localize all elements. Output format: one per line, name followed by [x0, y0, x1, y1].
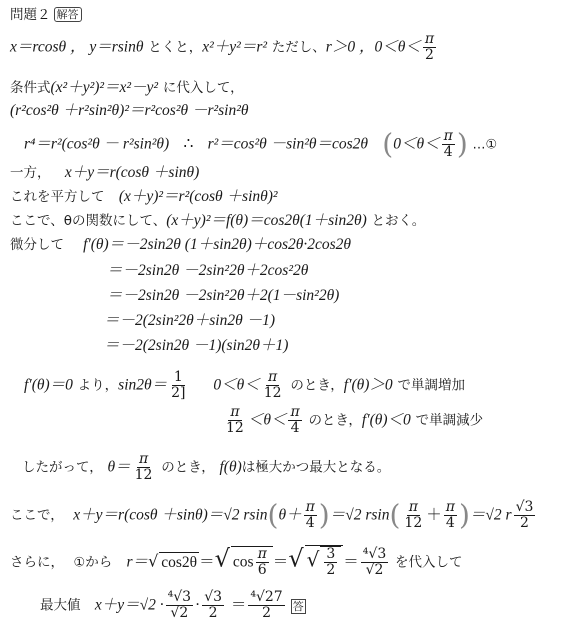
problem-header: 問題２解答 [10, 4, 82, 25]
operator: ＝ [273, 554, 289, 571]
text: ただし、 [272, 40, 326, 56]
operator: ＝ [199, 554, 215, 571]
fraction: π4 [304, 500, 317, 531]
equation: f(θ) [220, 459, 242, 476]
equation: r＝ [127, 554, 149, 571]
range: 0＜θ＜ [393, 136, 439, 153]
fraction: 12] [169, 370, 187, 401]
operator: ＝ [231, 597, 247, 614]
radicand: √32 [305, 545, 344, 578]
line-derivative: 微分して f′(θ)＝－2sin2θ (1＋sin2θ)＋cos2θ·2cos2… [10, 234, 351, 255]
line-condition: 条件式(x²＋y²)²＝x²－y² に代入して， [10, 77, 244, 98]
fraction: π12 [402, 500, 424, 531]
fraction: π4 [288, 405, 301, 436]
text: ここで、θの関数にして、 [10, 213, 166, 229]
answer-mark: 答 [291, 599, 306, 614]
line-derivative-step-3: ＝－2(2sin²2θ＋sin2θ －1) [104, 310, 275, 331]
condition-equation: (x²＋y²)²＝x²－y² [51, 79, 159, 96]
text: を代入して [395, 555, 463, 571]
text: とくと， [148, 40, 202, 56]
text: 条件式 [10, 80, 51, 96]
equation: (x＋y)²＝f(θ)＝cos2θ(1＋sin2θ) [166, 212, 367, 229]
fraction: ⁴√3√2 [361, 547, 388, 578]
equation: f′(θ)＝0 [24, 377, 73, 394]
equation: (x＋y)²＝r²(cosθ ＋sinθ)² [119, 188, 278, 205]
line-on-the-other-hand: 一方， x＋y＝r(cosθ ＋sinθ) [10, 162, 199, 183]
operator: ＝ [343, 554, 359, 571]
equation: x＋y＝r(cosθ ＋sinθ)＝√2 rsin [73, 507, 267, 524]
line-maximum-value: 最大値 x＋y＝√2 ·⁴√3√2·√32 ＝⁴√272答 [40, 590, 306, 619]
sqrt-icon: √ [215, 545, 230, 573]
equation: ＝√2 rsin [330, 507, 390, 524]
equation: θ＋ [278, 507, 301, 524]
problem-title: 問題２ [10, 7, 51, 23]
fraction: π4 [444, 500, 457, 531]
fraction: π12 [133, 452, 155, 483]
equation: θ＝ [108, 459, 131, 476]
equation: ＝－2sin2θ －2sin²2θ＋2(1－sin²2θ) [107, 287, 339, 304]
radicand: cosπ6 [231, 546, 273, 578]
equation: f′(θ)＜0 [362, 412, 411, 429]
text: で単調減少 [416, 413, 484, 429]
equation: sin2θ＝ [118, 377, 167, 394]
line-r-squared: r⁴＝r²(cos²θ － r²sin²θ) ∴ r²＝cos²θ －sin²θ… [24, 129, 497, 160]
fraction: π2 [423, 32, 436, 63]
text: のとき， [161, 460, 214, 476]
fraction: √32 [202, 590, 224, 619]
text: で単調増加 [397, 378, 465, 394]
fraction: π12 [262, 370, 284, 401]
text: より， [78, 378, 119, 394]
text: 微分して [10, 237, 64, 253]
equation: f′(θ)＝－2sin2θ (1＋sin2θ)＋cos2θ·2cos2θ [83, 236, 351, 253]
line-define-f: ここで、θの関数にして、(x＋y)²＝f(θ)＝cos2θ(1＋sin2θ) と… [10, 210, 425, 231]
line-x-plus-y: ここで， x＋y＝r(cosθ ＋sinθ)＝√2 rsin(θ＋π4)＝√2 … [10, 500, 537, 531]
sqrt-icon: √ [288, 545, 303, 573]
fraction: π4 [442, 129, 455, 160]
text: ここで， [10, 508, 64, 524]
equation: ＝√2 r [470, 507, 512, 524]
answer-badge: 解答 [54, 7, 82, 22]
line-critical-point: f′(θ)＝0 より，sin2θ＝12] 0＜θ＜π12 のとき，f′(θ)＞0… [24, 370, 465, 401]
fraction: ⁴√3√2 [166, 590, 193, 619]
text: から [85, 555, 112, 571]
text: 最大値 [40, 598, 81, 614]
equation: r²＝cos²θ －sin²θ＝cos2θ [208, 136, 368, 153]
line-derivative-step-2: ＝－2sin2θ －2sin²2θ＋2(1－sin²2θ) [107, 285, 339, 306]
equation: x＋y＝√2 · [95, 597, 164, 614]
line-r-value: さらに， ①から r＝√cos2θ＝√cosπ6＝√√32＝⁴√3√2 を代入し… [10, 545, 463, 578]
equation: f′(θ)＞0 [344, 377, 393, 394]
operator: · [195, 597, 200, 614]
line-derivative-step-4: ＝－2(2sin2θ －1)(sin2θ＋1) [104, 335, 288, 356]
operator: ＋ [426, 507, 442, 524]
line-conclusion: したがって， θ＝π12 のとき， f(θ)は極大かつ最大となる。 [22, 452, 390, 483]
domain-condition: r＞0 ，0＜θ＜ [326, 39, 421, 56]
text: したがって， [22, 460, 103, 476]
sqrt-icon: √ [148, 552, 158, 571]
text: は極大かつ最大となる。 [242, 460, 391, 476]
line-substitution: x＝rcosθ ， y＝rsinθ とくと，x²＋y²＝r² ただし、r＞0 ，… [10, 32, 438, 63]
text: これを平方して [10, 189, 105, 205]
text: のとき， [290, 378, 343, 394]
equation: ＜θ＜ [248, 412, 287, 429]
equation: ＝－2(2sin2θ －1)(sin2θ＋1) [104, 337, 288, 354]
radicand: cos2θ [159, 552, 199, 573]
polar-substitution: x＝rcosθ ， y＝rsinθ [10, 39, 143, 56]
line-decreasing: π12＜θ＜π4 のとき，f′(θ)＜0 で単調減少 [222, 405, 483, 436]
fraction: ⁴√272 [248, 590, 284, 619]
fraction: π12 [224, 405, 246, 436]
substituted-equation: (r²cos²θ ＋r²sin²θ)²＝r²cos²θ －r²sin²θ [10, 102, 248, 119]
line-squaring: これを平方して (x＋y)²＝r²(cosθ ＋sinθ)² [10, 186, 278, 207]
line-derivative-step-1: ＝－2sin2θ －2sin²2θ＋2cos²2θ [107, 260, 308, 281]
polar-identity: x²＋y²＝r² [202, 39, 267, 56]
equation: ＝－2(2sin²2θ＋sin2θ －1) [104, 312, 275, 329]
equation: x＋y＝r(cosθ ＋sinθ) [65, 164, 199, 181]
equation: r⁴＝r²(cos²θ － r²sin²θ) [24, 136, 169, 153]
equation: ＝－2sin2θ －2sin²2θ＋2cos²2θ [107, 262, 308, 279]
text: に代入して， [163, 80, 244, 96]
text: のとき， [308, 413, 361, 429]
line-substituted: (r²cos²θ ＋r²sin²θ)²＝r²cos²θ －r²sin²θ [10, 100, 248, 121]
equation-tag-1: …① [473, 138, 498, 153]
fraction: √32 [514, 500, 536, 531]
therefore-symbol: ∴ [183, 136, 193, 153]
equation: 0＜θ＜ [213, 377, 259, 394]
text: とおく。 [372, 213, 426, 229]
text: さらに， [10, 555, 64, 571]
text: 一方， [10, 165, 51, 181]
equation-ref-1: ① [74, 556, 86, 571]
